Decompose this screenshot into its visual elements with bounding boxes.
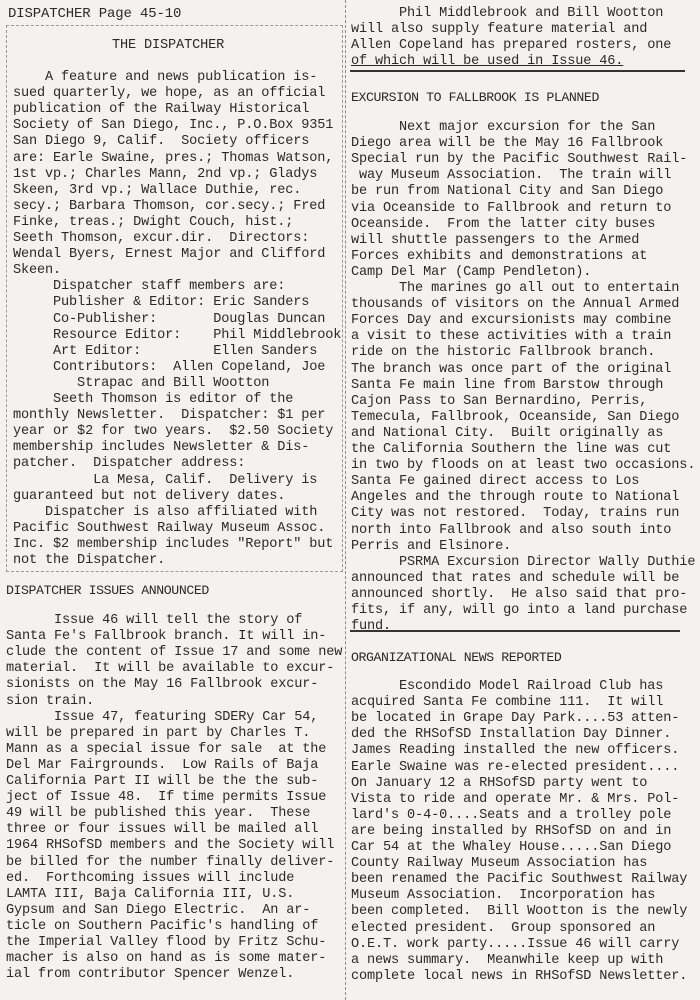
text-line: Mann as a special issue for sale at the [6,742,326,758]
text-line: Cajon Pass to San Bernardino, Perris, [351,394,647,410]
text-line: Angeles and the through route to Nationa… [351,490,679,506]
text-line: Contributors: Allen Copeland, Joe [13,360,325,376]
text-line: way Museum Association. The train will [351,168,671,184]
text-line: year or $2 for two years. $2.50 Society [13,424,333,440]
text-line: A feature and news publication is- [13,70,317,86]
text-line: and National City. Built originally as [351,426,663,442]
text-line: Diego area will be the May 16 Fallbrook [351,136,663,152]
text-line: 49 will be published this year. These [6,806,310,822]
text-line: will also supply feature material and [351,22,647,38]
text-line: The branch was once part of the original [351,362,671,378]
text-line: Special run by the Pacific Southwest Rai… [351,152,687,168]
text-line: James Reading installed the new officers… [351,743,679,759]
text-line: ial from contributor Spencer Wenzel. [6,967,294,983]
text-line: County Railway Museum Association has [351,856,647,872]
text-line: O.E.T. work party.....Issue 46 will carr… [351,937,679,953]
text-line: be located in Grape Day Park....53 atten… [351,711,679,727]
text-line: On January 12 a RHSofSD party went to [351,776,647,792]
text-line: will shuttle passengers to the Armed [351,233,639,249]
text-line: Earle Swaine was re-elected president...… [351,760,679,776]
text-line: California Part II will be the the sub- [6,774,318,790]
text-line: thousands of visitors on the Annual Arme… [351,297,679,313]
text-line: clude the content of Issue 17 and some n… [6,645,342,661]
text-line: Next major excursion for the San [351,120,655,136]
text-line: LAMTA III, Baja California III, U.S. [6,887,294,903]
text-line: Del Mar Fairgrounds. Low Rails of Baja [6,758,318,774]
text-line: Santa Fe's Fallbrook branch. It will in- [6,629,326,645]
text-line: ject of Issue 48. If time permits Issue [6,790,326,806]
text-line: been renamed the Pacific Southwest Railw… [351,872,687,888]
text-line: in two by floods on at least two occasio… [351,458,695,474]
text-line: Skeen. [13,263,61,279]
text-line: Gypsum and San Diego Electric. An ar- [6,903,310,919]
text-line: Pacific Southwest Railway Museum Assoc. [13,521,325,537]
text-line: material. It will be available to excur- [6,661,334,677]
page-header: DISPATCHER Page 45-10 [8,6,181,22]
text-line: the Imperial Valley flood by Fritz Schu- [6,935,326,951]
text-line: Perris and Elsinore. [351,539,511,555]
text-line: Oceanside. From the latter city buses [351,217,655,233]
text-line: Issue 46 will tell the story of [6,613,302,629]
text-line: ded the RHSofSD Installation Day Dinner. [351,727,671,743]
text-line: a visit to these activities with a train [351,329,671,345]
text-line: Inc. $2 membership includes "Report" but [13,537,333,553]
text-line: Society of San Diego, Inc., P.O.Box 9351 [13,118,333,134]
text-line: San Diego 9, Calif. Society officers [13,134,309,150]
masthead-title: THE DISPATCHER [112,38,224,54]
section-rule [350,630,680,632]
text-line: will be prepared in part by Charles T. [6,726,310,742]
text-line: Camp Del Mar (Camp Pendleton). [351,265,591,281]
text-line: Escondido Model Railroad Club has [351,679,663,695]
org-news-heading: ORGANIZATIONAL NEWS REPORTED [351,650,561,666]
text-line: Seeth Thomson, excur.dir. Directors: [13,231,309,247]
text-line: announced shortly. He also said that pro… [351,587,687,603]
column-divider [345,0,346,1000]
text-line: Strapac and Bill Wootton [13,376,269,392]
text-line: Allen Copeland has prepared rosters, one [351,38,671,54]
text-line: publication of the Railway Historical [13,102,309,118]
text-line: Dispatcher staff members are: [13,279,285,295]
text-line: Seeth Thomson is editor of the [13,392,293,408]
text-line: not the Dispatcher. [13,553,165,569]
text-line: monthly Newsletter. Dispatcher: $1 per [13,408,325,424]
text-line: Forces Day and excursionists may combine [351,313,671,329]
text-line: Santa Fe main line from Barstow through [351,378,663,394]
text-line: acquired Santa Fe combine 111. It will [351,695,663,711]
text-line: Finke, treas.; Dwight Couch, hist.; [13,215,293,231]
text-line: membership includes Newsletter & Dis- [13,440,309,456]
text-line: PSRMA Excursion Director Wally Duthie [351,555,695,571]
text-line: Museum Association. Incorporation has [351,888,655,904]
text-line: fits, if any, will go into a land purcha… [351,603,687,619]
text-line: Phil Middlebrook and Bill Wootton [351,6,663,22]
text-line: are being installed by RHSofSD on and in [351,824,671,840]
text-line: are: Earle Swaine, pres.; Thomas Watson, [13,151,333,167]
text-line: 1st vp.; Charles Mann, 2nd vp.; Gladys [13,167,317,183]
text-line: of which will be used in Issue 46. [351,54,623,70]
text-line: fund. [351,619,391,635]
issues-heading: DISPATCHER ISSUES ANNOUNCED [6,583,209,599]
text-line: Car 54 at the Whaley House.....San Diego [351,840,671,856]
text-line: ride on the historic Fallbrook branch. [351,345,655,361]
text-line: secy.; Barbara Thomson, cor.secy.; Fred [13,199,325,215]
text-line: announced that rates and schedule will b… [351,571,679,587]
text-line: be run from National City and San Diego [351,184,663,200]
text-line: been completed. Bill Wootton is the newl… [351,904,687,920]
text-line: Issue 47, featuring SDERy Car 54, [6,710,318,726]
text-line: guaranteed but not delivery dates. [13,489,285,505]
text-line: La Mesa, Calif. Delivery is [13,473,317,489]
text-line: lard's 0-4-0....Seats and a trolley pole [351,808,671,824]
text-line: be billed for the number finally deliver… [6,855,334,871]
excursion-heading: EXCURSION TO FALLBROOK IS PLANNED [351,90,599,106]
text-line: Vista to ride and operate Mr. & Mrs. Pol… [351,792,679,808]
text-line: Art Editor: Ellen Sanders [13,344,317,360]
text-line: The marines go all out to entertain [351,281,679,297]
text-line: via Oceanside to Fallbrook and return to [351,201,671,217]
text-line: north into Fallbrook and also south into [351,523,671,539]
text-line: ticle on Southern Pacific's handling of [6,919,318,935]
text-line: City was not restored. Today, trains run [351,506,679,522]
text-line: patcher. Dispatcher address: [13,456,245,472]
text-line: Santa Fe gained direct access to Los [351,474,639,490]
text-line: sion train. [6,694,94,710]
newsletter-page: DISPATCHER Page 45-10 THE DISPATCHER A f… [0,0,700,1000]
section-rule [350,70,685,72]
text-line: sionists on the May 16 Fallbrook excur- [6,677,318,693]
text-line: Publisher & Editor: Eric Sanders [13,295,309,311]
text-line: ed. Forthcoming issues will include [6,871,294,887]
text-line: 1964 RHSofSD members and the Society wil… [6,838,334,854]
text-line: complete local news in RHSofSD Newslette… [351,969,687,985]
text-line: three or four issues will be mailed all [6,822,318,838]
text-line: Resource Editor: Phil Middlebrook [13,328,341,344]
text-line: Forces exhibits and demonstrations at [351,249,647,265]
text-line: Wendal Byers, Ernest Major and Clifford [13,247,325,263]
text-line: sued quarterly, we hope, as an official [13,86,325,102]
text-line: Co-Publisher: Douglas Duncan [13,312,325,328]
text-line: the California Southern the line was cut [351,442,671,458]
text-line: Dispatcher is also affiliated with [13,505,317,521]
text-line: Temecula, Fallbrook, Oceanside, San Dieg… [351,410,679,426]
text-line: Skeen, 3rd vp.; Wallace Duthie, rec. [13,183,301,199]
text-line: a news summary. Meanwhile keep up with [351,953,663,969]
text-line: elected president. Group sponsored an [351,921,655,937]
text-line: macher is also on hand as is some mater- [6,951,326,967]
